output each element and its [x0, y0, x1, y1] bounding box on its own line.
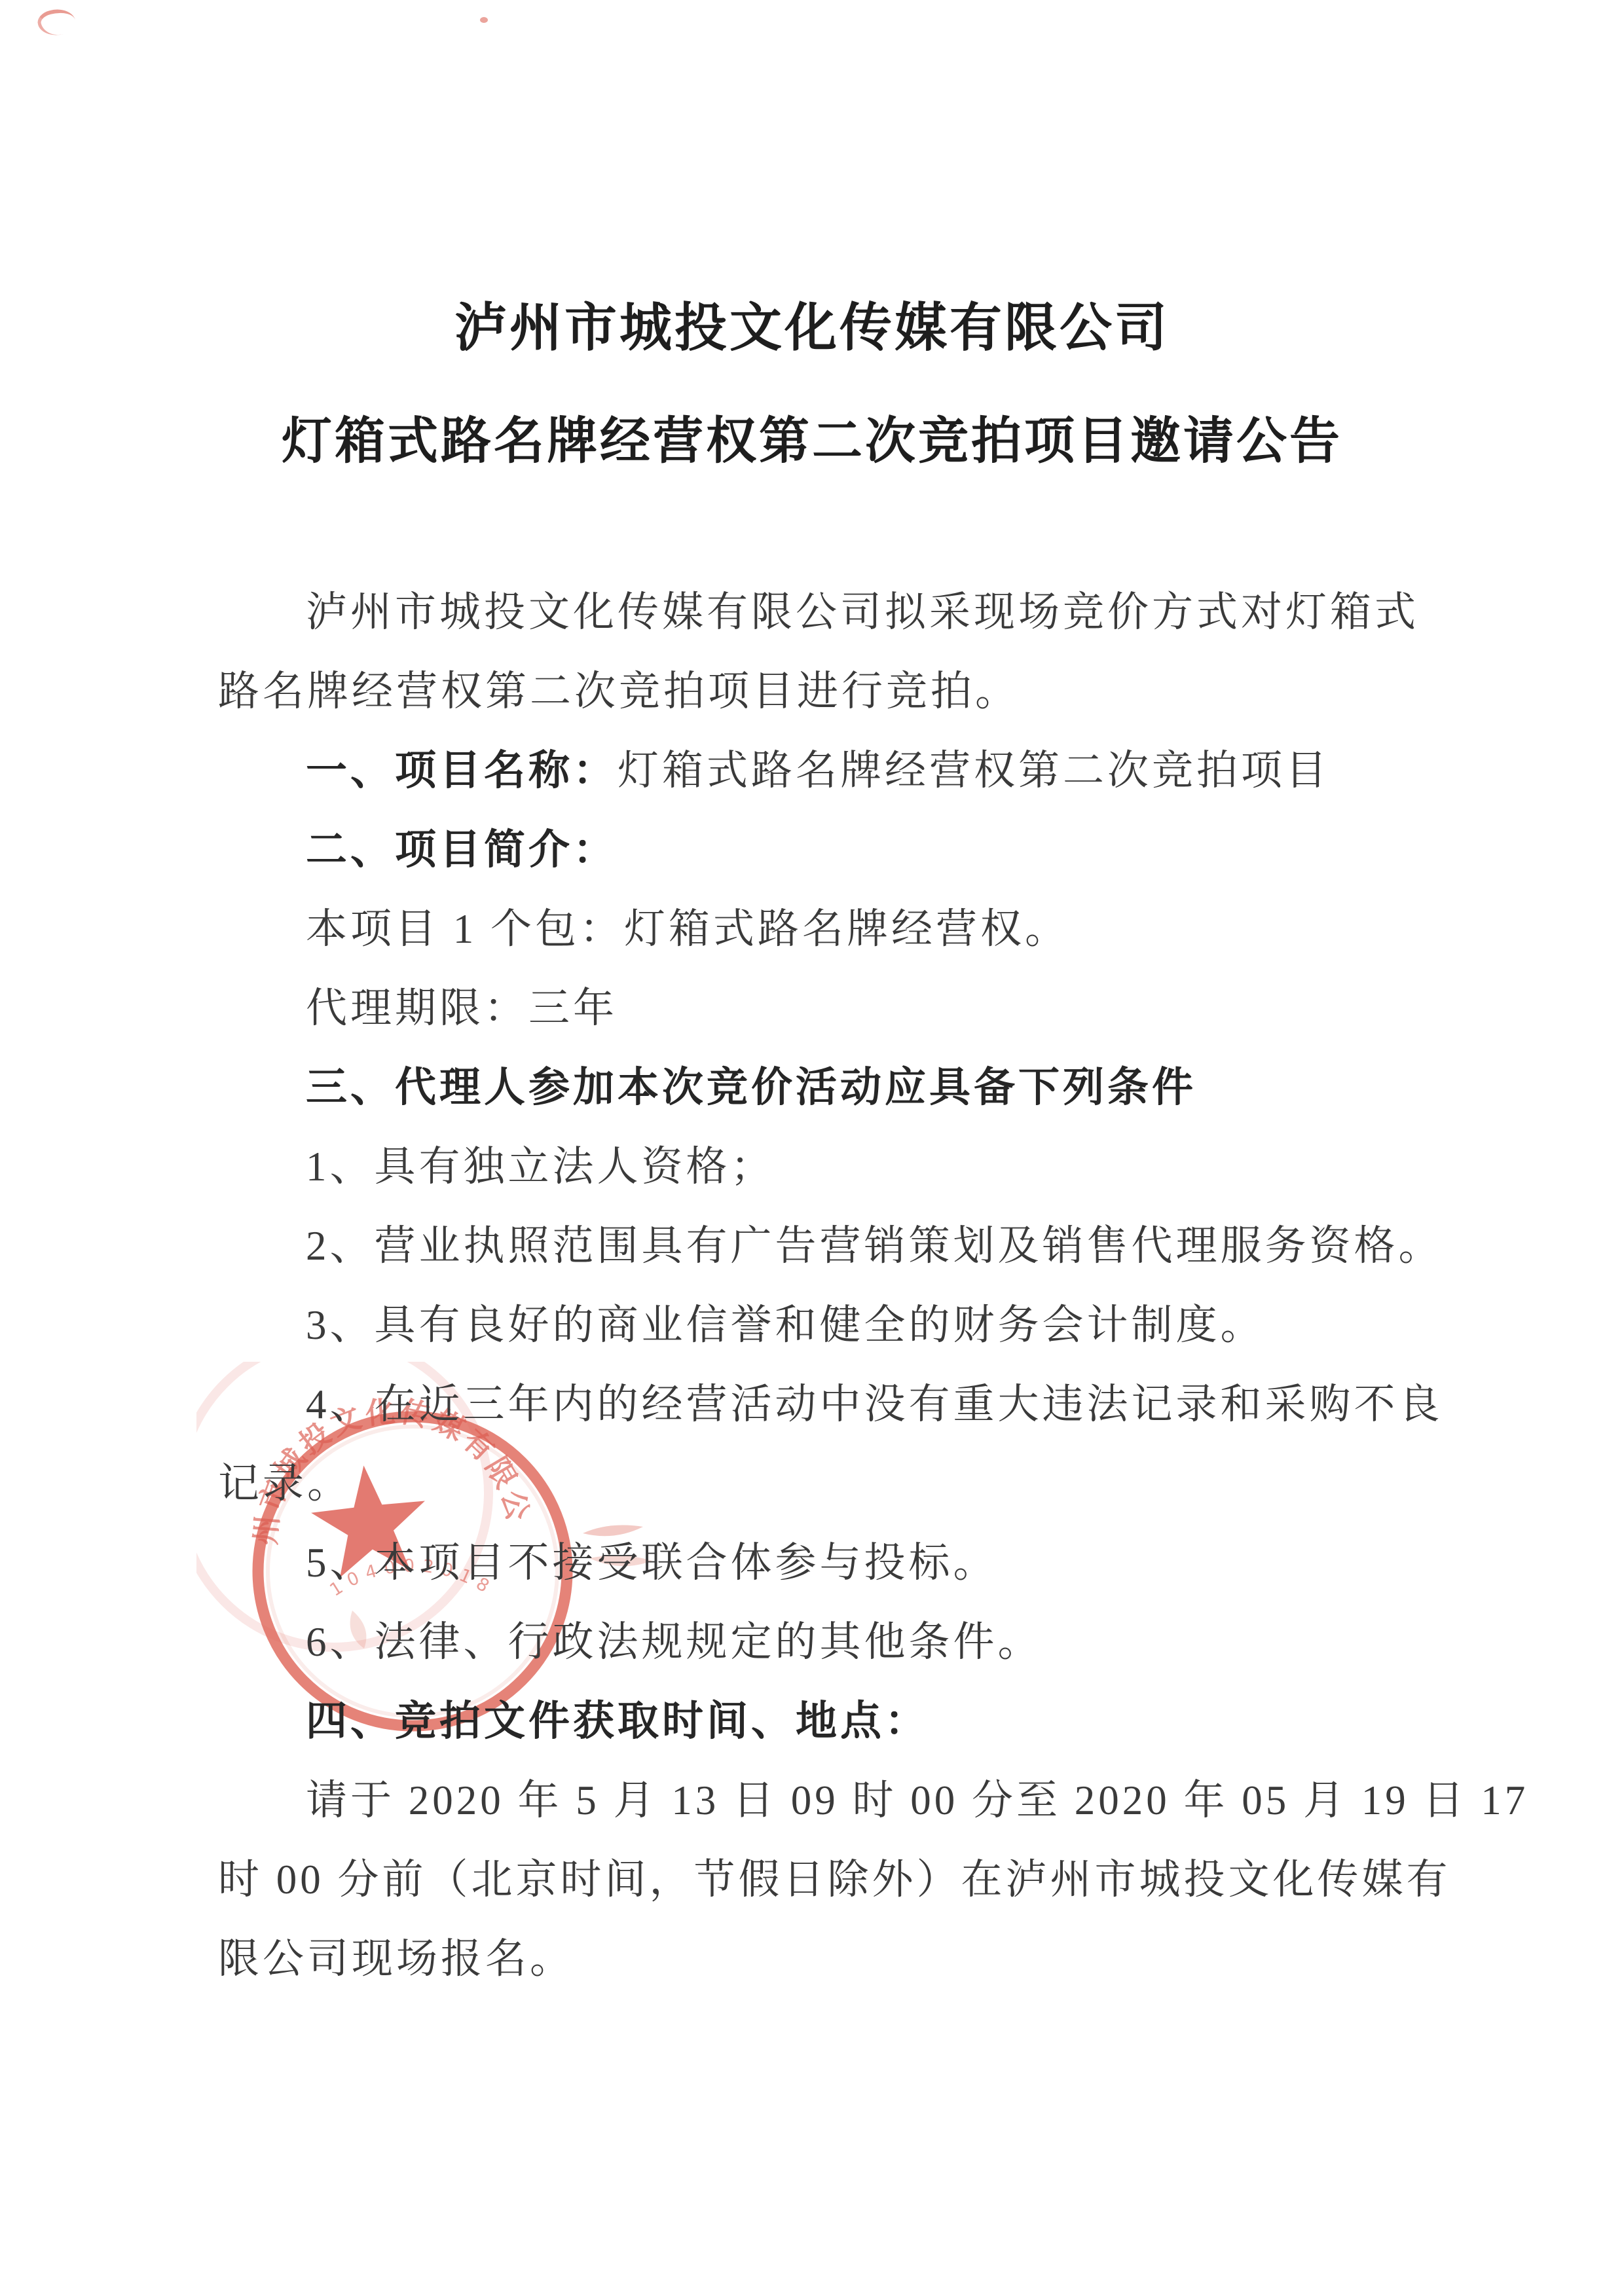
document-line: 3、具有良好的商业信誉和健全的财务会计制度。	[306, 1305, 1265, 1346]
document-line: 代理期限：三年	[306, 988, 618, 1029]
document-line: 6、法律、行政法规规定的其他条件。	[306, 1622, 1043, 1663]
document-title-line2: 灯箱式路名牌经营权第二次竞拍项目邀请公告	[0, 416, 1624, 467]
document-line: 泸州市城投文化传媒有限公司拟采现场竞价方式对灯箱式	[306, 592, 1419, 633]
scanned-announcement-page: 泸州市城投文化传媒有限公司 104002018 泸州市城投文化传媒有限公司 灯箱…	[0, 0, 1624, 2296]
document-line: 时 00 分前（北京时间，节假日除外）在泸州市城投文化传媒有	[218, 1859, 1451, 1901]
document-line: 本项目 1 个包：灯箱式路名牌经营权。	[306, 909, 1069, 950]
document-line: 路名牌经营权第二次竞拍项目进行竞拍。	[218, 671, 1020, 712]
document-line: 记录。	[218, 1463, 352, 1504]
document-line: 2、营业执照范围具有广告营销策划及销售代理服务资格。	[306, 1226, 1443, 1267]
document-line: 4、在近三年内的经营活动中没有重大违法记录和采购不良	[306, 1384, 1443, 1425]
document-line: 二、项目简介：	[306, 829, 618, 871]
document-line: 一、项目名称：灯箱式路名牌经营权第二次竞拍项目	[306, 750, 1330, 792]
document-line: 5、本项目不接受联合体参与投标。	[306, 1542, 998, 1584]
scan-ink-mark	[480, 17, 488, 23]
scan-ink-mark	[35, 5, 78, 40]
document-line: 三、代理人参加本次竞价活动应具备下列条件	[306, 1067, 1196, 1108]
document-line: 四、竞拍文件获取时间、地点：	[306, 1701, 929, 1742]
document-line: 1、具有独立法人资格；	[306, 1146, 775, 1188]
seal-smudge	[583, 1525, 643, 1537]
document-line: 限公司现场报名。	[218, 1939, 574, 1980]
document-line: 请于 2020 年 5 月 13 日 09 时 00 分至 2020 年 05 …	[306, 1780, 1528, 1821]
document-title-line1: 泸州市城投文化传媒有限公司	[0, 302, 1624, 354]
